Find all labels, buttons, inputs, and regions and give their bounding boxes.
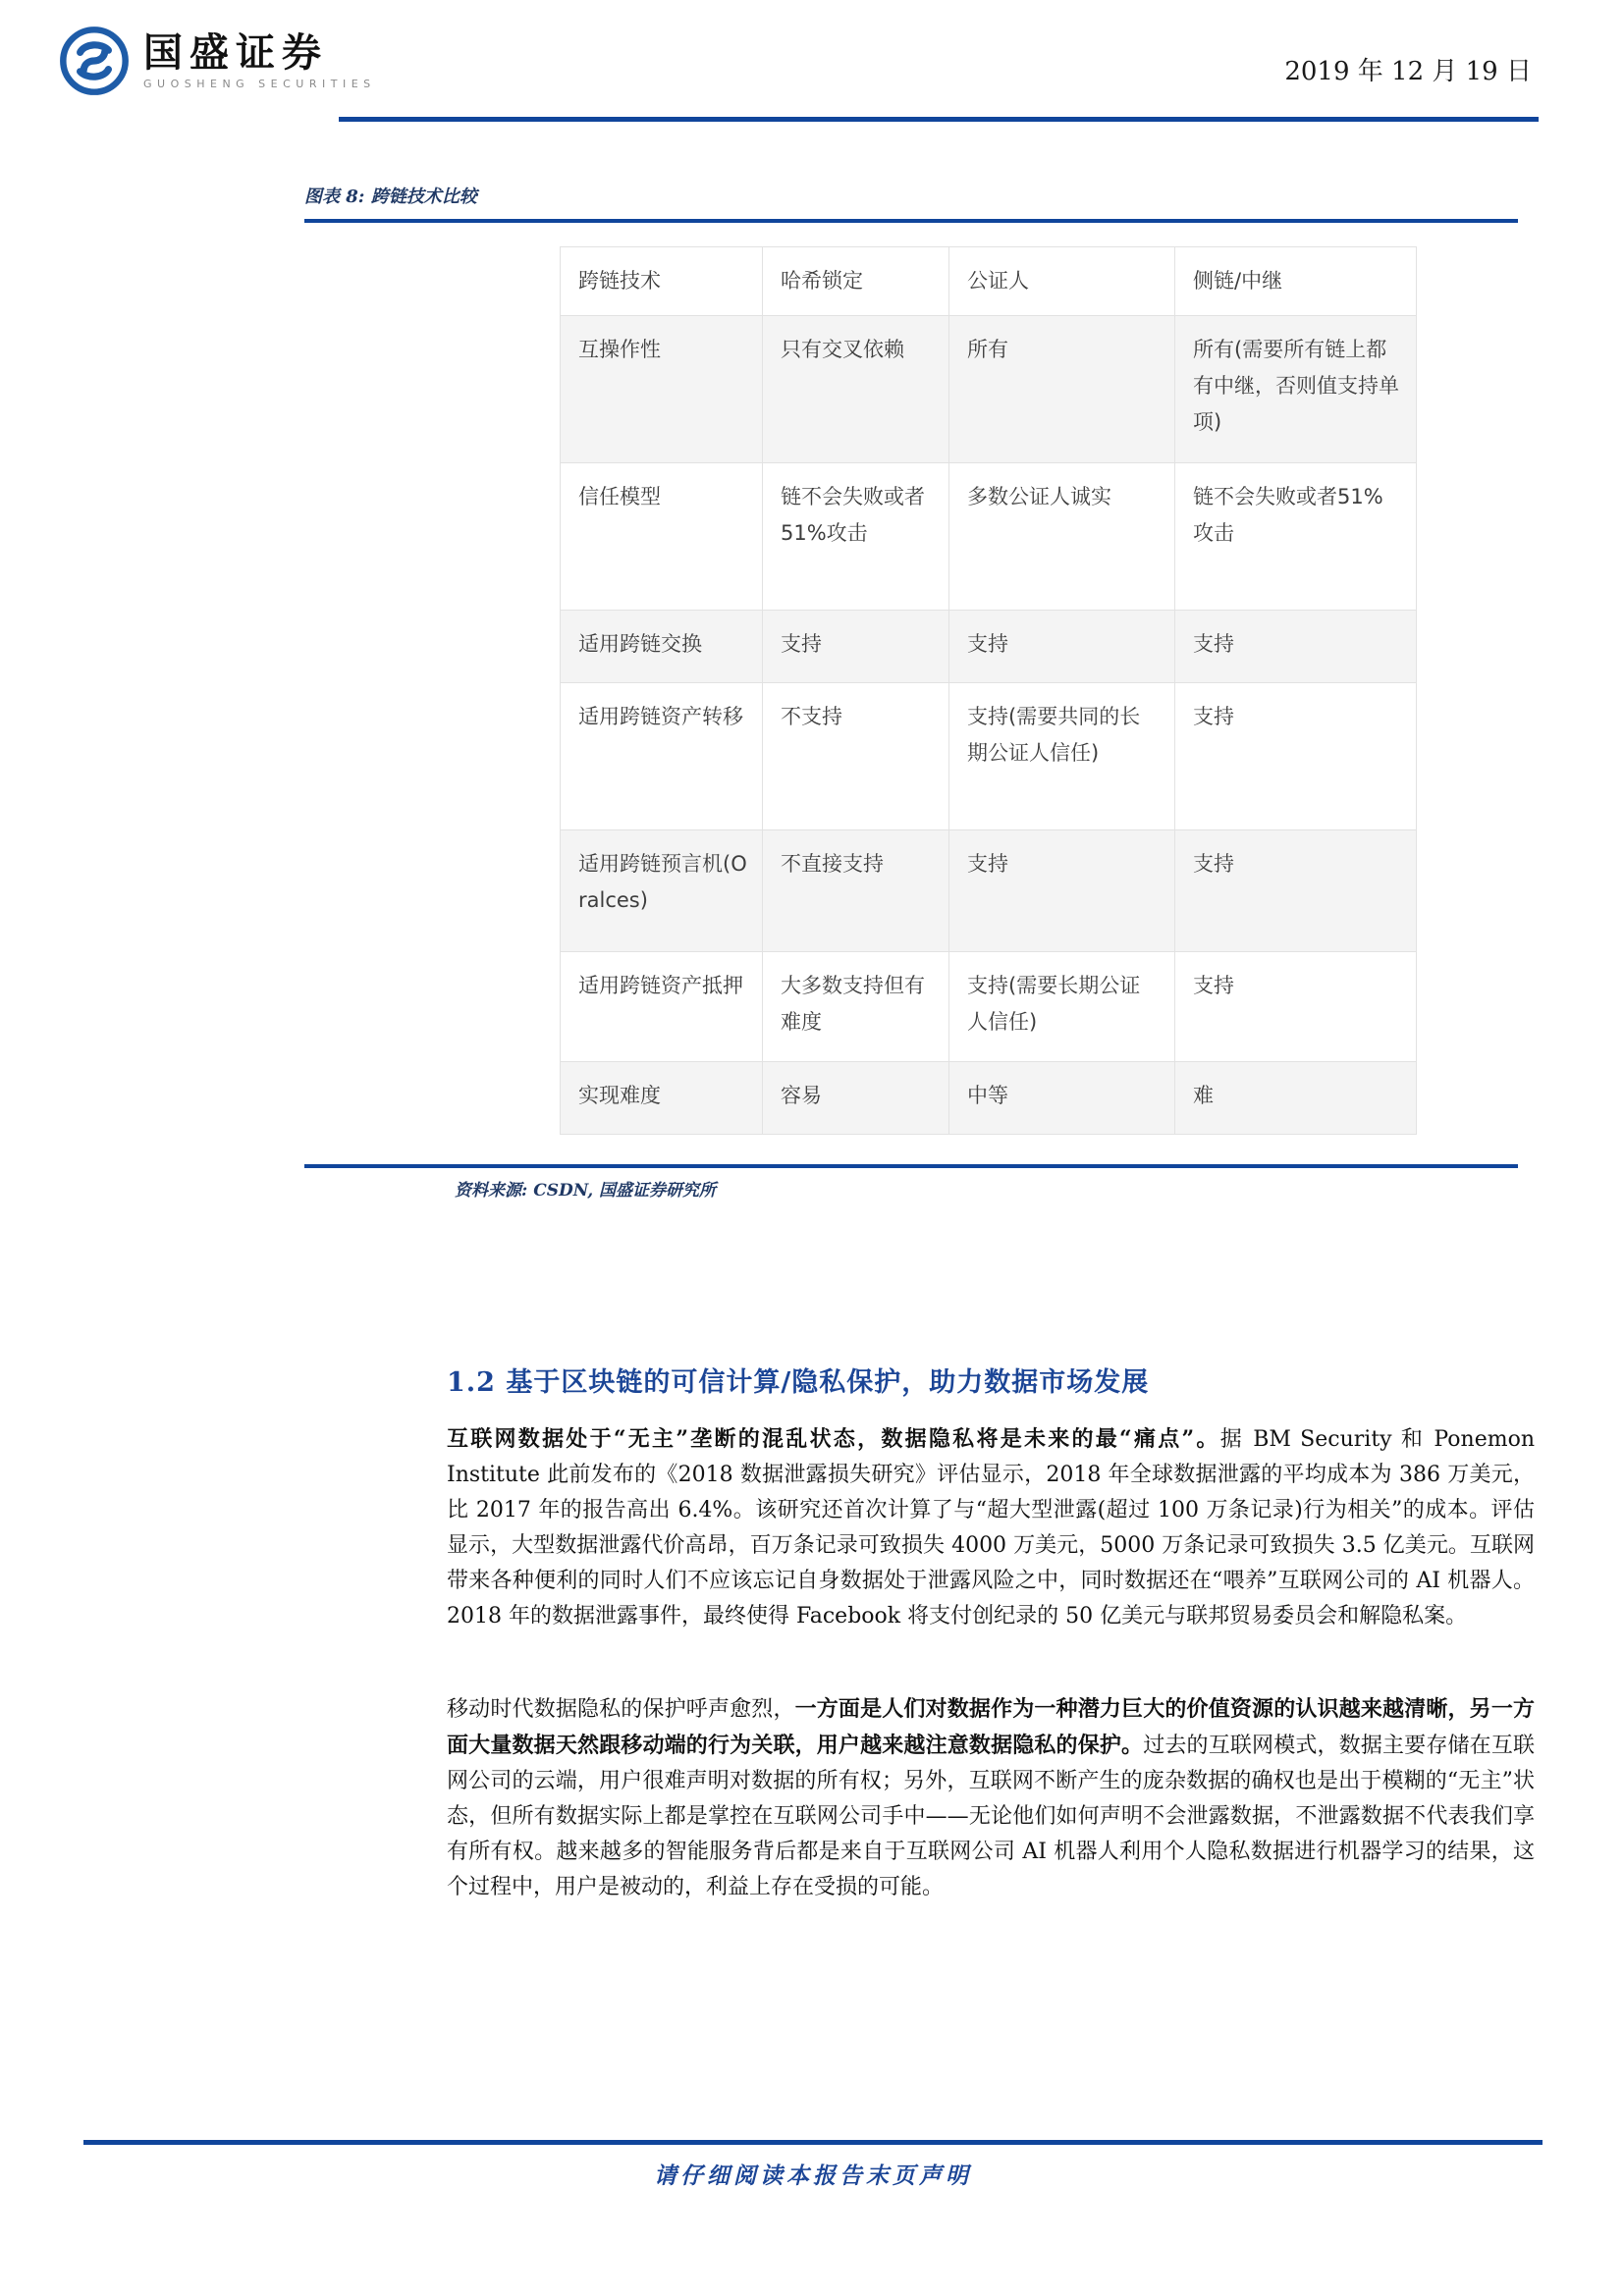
paragraph-2-body: 过去的互联网模式，数据主要存储在互联网公司的云端，用户很难声明对数据的所有权；另… xyxy=(447,1734,1535,1899)
paragraph-2: 移动时代数据隐私的保护呼声愈烈，一方面是人们对数据作为一种潜力巨大的价值资源的认… xyxy=(447,1691,1535,1905)
paragraph-2-lead: 移动时代数据隐私的保护呼声愈烈， xyxy=(447,1697,795,1722)
table-row: 实现难度容易中等难 xyxy=(561,1062,1417,1135)
table-cell: 所有 xyxy=(949,316,1175,463)
table-row: 适用跨链资产转移不支持支持(需要共同的长期公证人信任)支持 xyxy=(561,683,1417,830)
paragraph-1: 互联网数据处于“无主”垄断的混乱状态，数据隐私将是未来的最“痛点”。据 BM S… xyxy=(447,1421,1535,1634)
table-cell: 支持 xyxy=(1175,611,1417,683)
header-divider xyxy=(339,117,1539,122)
table-cell: 适用跨链资产转移 xyxy=(561,683,763,830)
table-cell: 多数公证人诚实 xyxy=(949,463,1175,611)
table-cell: 所有(需要所有链上都有中继，否则值支持单项) xyxy=(1175,316,1417,463)
crosschain-table: 跨链技术哈希锁定公证人侧链/中继互操作性只有交叉依赖所有所有(需要所有链上都有中… xyxy=(560,246,1417,1135)
figure-source: 资料来源: CSDN, 国盛证券研究所 xyxy=(455,1176,716,1201)
table-header-cell: 跨链技术 xyxy=(561,247,763,316)
table-cell: 不直接支持 xyxy=(763,830,949,952)
table-cell: 支持 xyxy=(1175,683,1417,830)
table-cell: 支持(需要长期公证人信任) xyxy=(949,952,1175,1062)
table-cell: 支持 xyxy=(1175,830,1417,952)
table-row: 适用跨链交换支持支持支持 xyxy=(561,611,1417,683)
table-cell: 容易 xyxy=(763,1062,949,1135)
brand-name-en: GUOSHENG SECURITIES xyxy=(143,78,376,90)
table-cell: 难 xyxy=(1175,1062,1417,1135)
body-content: 互联网数据处于“无主”垄断的混乱状态，数据隐私将是未来的最“痛点”。据 BM S… xyxy=(447,1421,1535,1905)
paragraph-1-body: 据 BM Security 和 Ponemon Institute 此前发布的《… xyxy=(447,1427,1535,1629)
paragraph-1-lead-bold: 互联网数据处于“无主”垄断的混乱状态，数据隐私将是未来的最“痛点”。 xyxy=(447,1426,1220,1452)
table-row: 适用跨链资产抵押大多数支持但有难度支持(需要长期公证人信任)支持 xyxy=(561,952,1417,1062)
footer-disclaimer: 请仔细阅读本报告末页声明 xyxy=(83,2158,1543,2190)
table-cell: 不支持 xyxy=(763,683,949,830)
brand-name-cn: 国盛证券 xyxy=(143,31,376,75)
table-cell: 适用跨链预言机(Oralces) xyxy=(561,830,763,952)
figure-top-divider xyxy=(304,219,1518,223)
table-row: 适用跨链预言机(Oralces)不直接支持支持支持 xyxy=(561,830,1417,952)
table-header-cell: 哈希锁定 xyxy=(763,247,949,316)
figure-bottom-divider xyxy=(304,1164,1518,1168)
company-logo: 国盛证券 GUOSHENG SECURITIES xyxy=(59,26,376,96)
footer-divider xyxy=(83,2140,1543,2145)
table-header-cell: 公证人 xyxy=(949,247,1175,316)
section-heading: 1.2 基于区块链的可信计算/隐私保护，助力数据市场发展 xyxy=(447,1361,1149,1399)
table-cell: 实现难度 xyxy=(561,1062,763,1135)
table-cell: 支持(需要共同的长期公证人信任) xyxy=(949,683,1175,830)
table-cell: 中等 xyxy=(949,1062,1175,1135)
report-date: 2019 年 12 月 19 日 xyxy=(1284,51,1532,87)
table-cell: 只有交叉依赖 xyxy=(763,316,949,463)
table-cell: 支持 xyxy=(949,830,1175,952)
figure-caption: 图表 8: 跨链技术比较 xyxy=(304,183,477,208)
table-cell: 互操作性 xyxy=(561,316,763,463)
table-header-cell: 侧链/中继 xyxy=(1175,247,1417,316)
table-cell: 适用跨链交换 xyxy=(561,611,763,683)
table-cell: 链不会失败或者51%攻击 xyxy=(1175,463,1417,611)
table-header-row: 跨链技术哈希锁定公证人侧链/中继 xyxy=(561,247,1417,316)
table-cell: 链不会失败或者51%攻击 xyxy=(763,463,949,611)
table-cell: 适用跨链资产抵押 xyxy=(561,952,763,1062)
table-row: 互操作性只有交叉依赖所有所有(需要所有链上都有中继，否则值支持单项) xyxy=(561,316,1417,463)
crosschain-table-body: 跨链技术哈希锁定公证人侧链/中继互操作性只有交叉依赖所有所有(需要所有链上都有中… xyxy=(561,247,1417,1135)
table-cell: 信任模型 xyxy=(561,463,763,611)
table-cell: 大多数支持但有难度 xyxy=(763,952,949,1062)
brand-text: 国盛证券 GUOSHENG SECURITIES xyxy=(143,31,376,90)
table-cell: 支持 xyxy=(763,611,949,683)
guosheng-swirl-icon xyxy=(59,26,130,96)
table-cell: 支持 xyxy=(1175,952,1417,1062)
report-page: 国盛证券 GUOSHENG SECURITIES 2019 年 12 月 19 … xyxy=(0,0,1624,2296)
table-row: 信任模型链不会失败或者51%攻击多数公证人诚实链不会失败或者51%攻击 xyxy=(561,463,1417,611)
table-cell: 支持 xyxy=(949,611,1175,683)
